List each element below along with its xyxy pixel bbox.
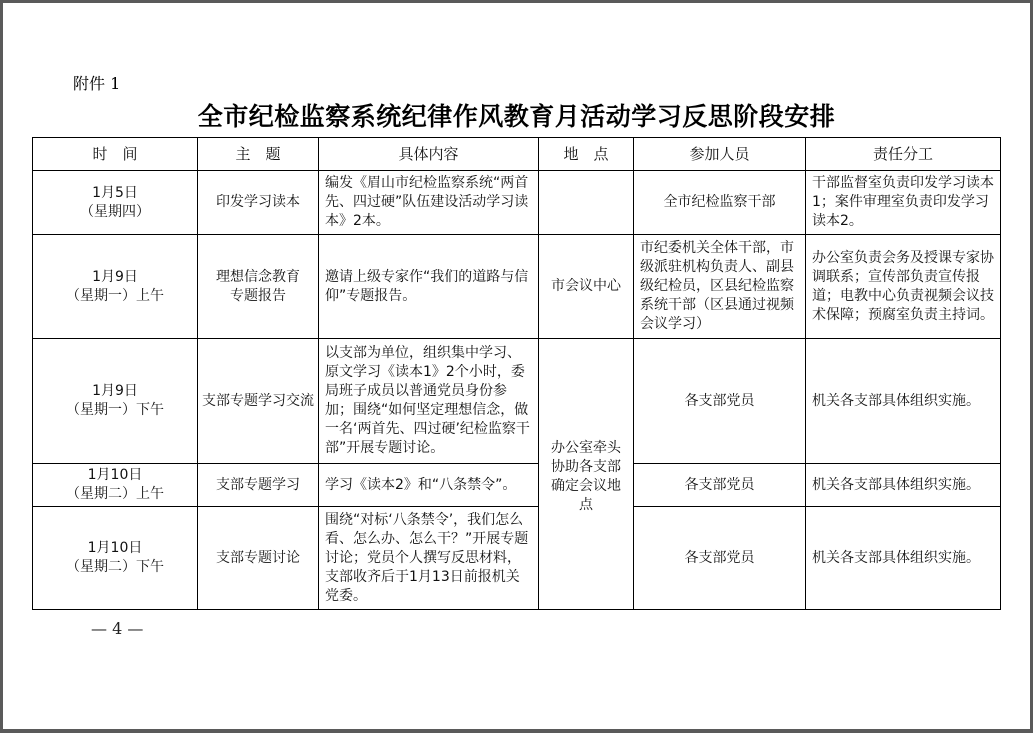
- table-row: 1月9日 （星期一）上午 理想信念教育 专题报告 邀请上级专家作“我们的道路与信…: [33, 235, 1001, 339]
- cell-location: [539, 171, 634, 235]
- cell-time: 1月10日 （星期二）上午: [33, 464, 198, 507]
- header-participants: 参加人员: [634, 138, 806, 171]
- cell-location: 市会议中心: [539, 235, 634, 339]
- cell-participants: 全市纪检监察干部: [634, 171, 806, 235]
- cell-topic: 理想信念教育 专题报告: [198, 235, 319, 339]
- cell-participants: 各支部党员: [634, 339, 806, 464]
- cell-topic: 支部专题学习: [198, 464, 319, 507]
- cell-topic: 印发学习读本: [198, 171, 319, 235]
- cell-time: 1月10日 （星期二）下午: [33, 507, 198, 610]
- cell-time: 1月9日 （星期一）下午: [33, 339, 198, 464]
- schedule-table: 时 间 主 题 具体内容 地 点 参加人员 责任分工 1月5日 （星期四） 印发…: [32, 137, 1001, 610]
- document-title: 全市纪检监察系统纪律作风教育月活动学习反思阶段安排: [3, 97, 1030, 133]
- cell-content: 以支部为单位，组织集中学习、原文学习《读本1》2个小时，委局班子成员以普通党员身…: [319, 339, 539, 464]
- table-row: 1月9日 （星期一）下午 支部专题学习交流 以支部为单位，组织集中学习、原文学习…: [33, 339, 1001, 464]
- header-topic: 主 题: [198, 138, 319, 171]
- header-content: 具体内容: [319, 138, 539, 171]
- cell-responsibility: 机关各支部具体组织实施。: [806, 507, 1001, 610]
- cell-responsibility: 办公室负责会务及授课专家协调联系；宣传部负责宣传报道；电教中心负责视频会议技术保…: [806, 235, 1001, 339]
- cell-participants: 市纪委机关全体干部，市级派驻机构负责人、副县级纪检员，区县纪检监察系统干部（区县…: [634, 235, 806, 339]
- cell-participants: 各支部党员: [634, 507, 806, 610]
- header-location: 地 点: [539, 138, 634, 171]
- table-row: 1月10日 （星期二）上午 支部专题学习 学习《读本2》和“八条禁令”。 各支部…: [33, 464, 1001, 507]
- table-row: 1月10日 （星期二）下午 支部专题讨论 围绕“对标‘八条禁令’，我们怎么看、怎…: [33, 507, 1001, 610]
- document-page: 附件 1 全市纪检监察系统纪律作风教育月活动学习反思阶段安排 时 间 主 题 具…: [3, 3, 1030, 729]
- header-time: 时 间: [33, 138, 198, 171]
- cell-topic: 支部专题讨论: [198, 507, 319, 610]
- cell-time: 1月5日 （星期四）: [33, 171, 198, 235]
- header-responsibility: 责任分工: [806, 138, 1001, 171]
- cell-responsibility: 机关各支部具体组织实施。: [806, 339, 1001, 464]
- cell-responsibility: 机关各支部具体组织实施。: [806, 464, 1001, 507]
- cell-content: 编发《眉山市纪检监察系统“两首先、四过硬”队伍建设活动学习读本》2本。: [319, 171, 539, 235]
- cell-time: 1月9日 （星期一）上午: [33, 235, 198, 339]
- cell-location-merged: 办公室牵头协助各支部确定会议地点: [539, 339, 634, 610]
- attachment-label: 附件 1: [73, 71, 120, 94]
- cell-topic: 支部专题学习交流: [198, 339, 319, 464]
- table-row: 1月5日 （星期四） 印发学习读本 编发《眉山市纪检监察系统“两首先、四过硬”队…: [33, 171, 1001, 235]
- cell-content: 围绕“对标‘八条禁令’，我们怎么看、怎么办、怎么干？”开展专题讨论；党员个人撰写…: [319, 507, 539, 610]
- cell-responsibility: 干部监督室负责印发学习读本1；案件审理室负责印发学习读本2。: [806, 171, 1001, 235]
- page-number: — 4 —: [91, 619, 143, 638]
- table-header-row: 时 间 主 题 具体内容 地 点 参加人员 责任分工: [33, 138, 1001, 171]
- cell-content: 邀请上级专家作“我们的道路与信仰”专题报告。: [319, 235, 539, 339]
- cell-participants: 各支部党员: [634, 464, 806, 507]
- cell-content: 学习《读本2》和“八条禁令”。: [319, 464, 539, 507]
